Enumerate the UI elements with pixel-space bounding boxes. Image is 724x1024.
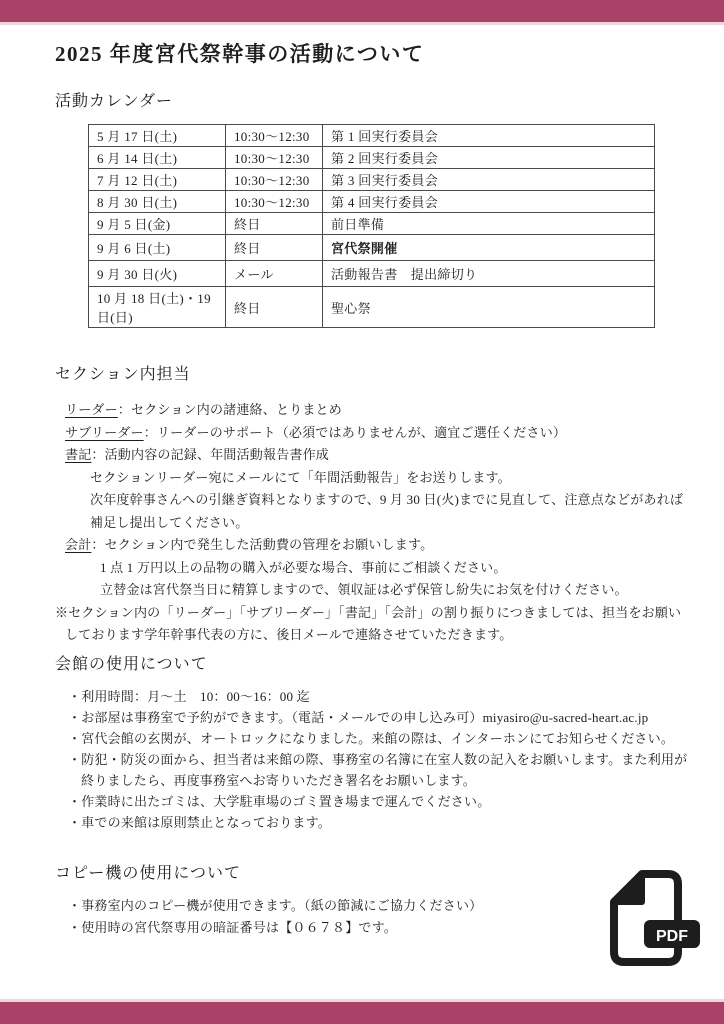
activity-calendar-table: 5 月 17 日(土) 10:30～12:30 第 1 回実行委員会 6 月 1… xyxy=(88,124,655,328)
list-item: ・利用時間：月～土 10：00～16：00 迄 xyxy=(68,686,692,707)
page-title: 2025 年度宮代祭幹事の活動について xyxy=(55,40,690,68)
hall-usage-list: ・利用時間：月～土 10：00～16：00 迄 ・お部屋は事務室で予約ができます… xyxy=(68,686,692,833)
bottom-accent-bar xyxy=(0,999,724,1024)
copier-usage-list: ・事務室内のコピー機が使用できます。（紙の節減にご協力ください） ・使用時の宮代… xyxy=(68,895,692,939)
calendar-event: 活動報告書 提出締切り xyxy=(323,261,655,287)
hall-usage-heading: 会館の使用について xyxy=(55,654,690,676)
list-item: ・車での来館は原則禁止となっております。 xyxy=(68,812,692,833)
role-note: 立替金は宮代祭当日に精算しますので、領収証は必ず保管し紛失にお気を付けください。 xyxy=(100,579,693,602)
table-row: 8 月 30 日(土) 10:30～12:30 第 4 回実行委員会 xyxy=(89,191,655,213)
table-row: 7 月 12 日(土) 10:30～12:30 第 3 回実行委員会 xyxy=(89,169,655,191)
role-label: 書記 xyxy=(65,447,91,462)
role-item: サブリーダー：リーダーのサポート（必須ではありませんが、適宜ご選任ください） xyxy=(65,422,693,445)
role-desc: ：セクション内の諸連絡、とりまとめ xyxy=(118,402,342,417)
calendar-event: 聖心祭 xyxy=(323,287,655,328)
document-content: 2025 年度宮代祭幹事の活動について 活動カレンダー 5 月 17 日(土) … xyxy=(0,0,724,939)
calendar-time: 10:30～12:30 xyxy=(226,169,323,191)
calendar-date: 10 月 18 日(土)・19 日(日) xyxy=(89,287,226,328)
role-note: 次年度幹事さんへの引継ぎ資料となりますので、9 月 30 日(火)までに見直して… xyxy=(90,489,693,534)
calendar-time: 終日 xyxy=(226,213,323,235)
calendar-time: 10:30～12:30 xyxy=(226,147,323,169)
calendar-time: 終日 xyxy=(226,287,323,328)
role-item: リーダー：セクション内の諸連絡、とりまとめ xyxy=(65,399,693,422)
calendar-event: 第 2 回実行委員会 xyxy=(323,147,655,169)
calendar-event: 前日準備 xyxy=(323,213,655,235)
list-item: ・防犯・防災の面から、担当者は来館の際、事務室の名簿に在室人数の記入をお願いしま… xyxy=(68,749,692,791)
role-desc: ：活動内容の記録、年間活動報告書作成 xyxy=(91,447,329,462)
role-desc: ：セクション内で発生した活動費の管理をお願いします。 xyxy=(91,537,433,552)
calendar-time: 10:30～12:30 xyxy=(226,191,323,213)
table-row: 6 月 14 日(土) 10:30～12:30 第 2 回実行委員会 xyxy=(89,147,655,169)
calendar-date: 8 月 30 日(土) xyxy=(89,191,226,213)
calendar-event: 宮代祭開催 xyxy=(323,235,655,261)
calendar-date: 9 月 5 日(金) xyxy=(89,213,226,235)
calendar-event: 第 3 回実行委員会 xyxy=(323,169,655,191)
calendar-date: 7 月 12 日(土) xyxy=(89,169,226,191)
list-item: ・作業時に出たゴミは、大学駐車場のゴミ置き場まで運んでください。 xyxy=(68,791,692,812)
roles-list: リーダー：セクション内の諸連絡、とりまとめ サブリーダー：リーダーのサポート（必… xyxy=(65,399,693,647)
calendar-time: 終日 xyxy=(226,235,323,261)
calendar-date: 9 月 30 日(火) xyxy=(89,261,226,287)
table-row: 10 月 18 日(土)・19 日(日) 終日 聖心祭 xyxy=(89,287,655,328)
role-desc: ：リーダーのサポート（必須ではありませんが、適宜ご選任ください） xyxy=(144,425,566,440)
calendar-time: 10:30～12:30 xyxy=(226,125,323,147)
list-item: ・事務室内のコピー機が使用できます。（紙の節減にご協力ください） xyxy=(68,895,692,917)
list-item: ・宮代会館の玄関が、オートロックになりました。来館の際は、インターホンにてお知ら… xyxy=(68,728,692,749)
document-page: 2025 年度宮代祭幹事の活動について 活動カレンダー 5 月 17 日(土) … xyxy=(0,0,724,1024)
role-item: 書記：活動内容の記録、年間活動報告書作成 xyxy=(65,444,693,467)
pdf-icon-label: PDF xyxy=(656,928,688,945)
role-item: 会計：セクション内で発生した活動費の管理をお願いします。 xyxy=(65,534,693,557)
table-row: 9 月 6 日(土) 終日 宮代祭開催 xyxy=(89,235,655,261)
role-note: 1 点 1 万円以上の品物の購入が必要な場合、事前にご相談ください。 xyxy=(100,557,693,580)
calendar-date: 5 月 17 日(土) xyxy=(89,125,226,147)
table-row: 9 月 30 日(火) メール 活動報告書 提出締切り xyxy=(89,261,655,287)
role-label: リーダー xyxy=(65,402,118,417)
roles-heading: セクション内担当 xyxy=(55,364,690,386)
calendar-time: メール xyxy=(226,261,323,287)
table-row: 9 月 5 日(金) 終日 前日準備 xyxy=(89,213,655,235)
calendar-heading: 活動カレンダー xyxy=(55,91,690,113)
pdf-icon[interactable]: PDF xyxy=(606,868,701,968)
calendar-date: 6 月 14 日(土) xyxy=(89,147,226,169)
role-label: サブリーダー xyxy=(65,425,144,440)
list-item: ・お部屋は事務室で予約ができます。（電話・メールでの申し込み可）miyasiro… xyxy=(68,707,692,728)
top-accent-bar xyxy=(0,0,724,25)
list-item: ・使用時の宮代祭専用の暗証番号は【０６７８】です。 xyxy=(68,917,692,939)
table-row: 5 月 17 日(土) 10:30～12:30 第 1 回実行委員会 xyxy=(89,125,655,147)
calendar-date: 9 月 6 日(土) xyxy=(89,235,226,261)
calendar-event: 第 4 回実行委員会 xyxy=(323,191,655,213)
copier-usage-heading: コピー機の使用について xyxy=(55,863,690,885)
roles-footnote: ※セクション内の「リーダー」「サブリーダー」「書記」「会計」の割り振りにつきまし… xyxy=(55,602,693,647)
calendar-event: 第 1 回実行委員会 xyxy=(323,125,655,147)
role-note: セクションリーダー宛にメールにて「年間活動報告」をお送りします。 xyxy=(90,467,693,490)
role-label: 会計 xyxy=(65,537,91,552)
pdf-document-glyph: PDF xyxy=(606,868,701,968)
